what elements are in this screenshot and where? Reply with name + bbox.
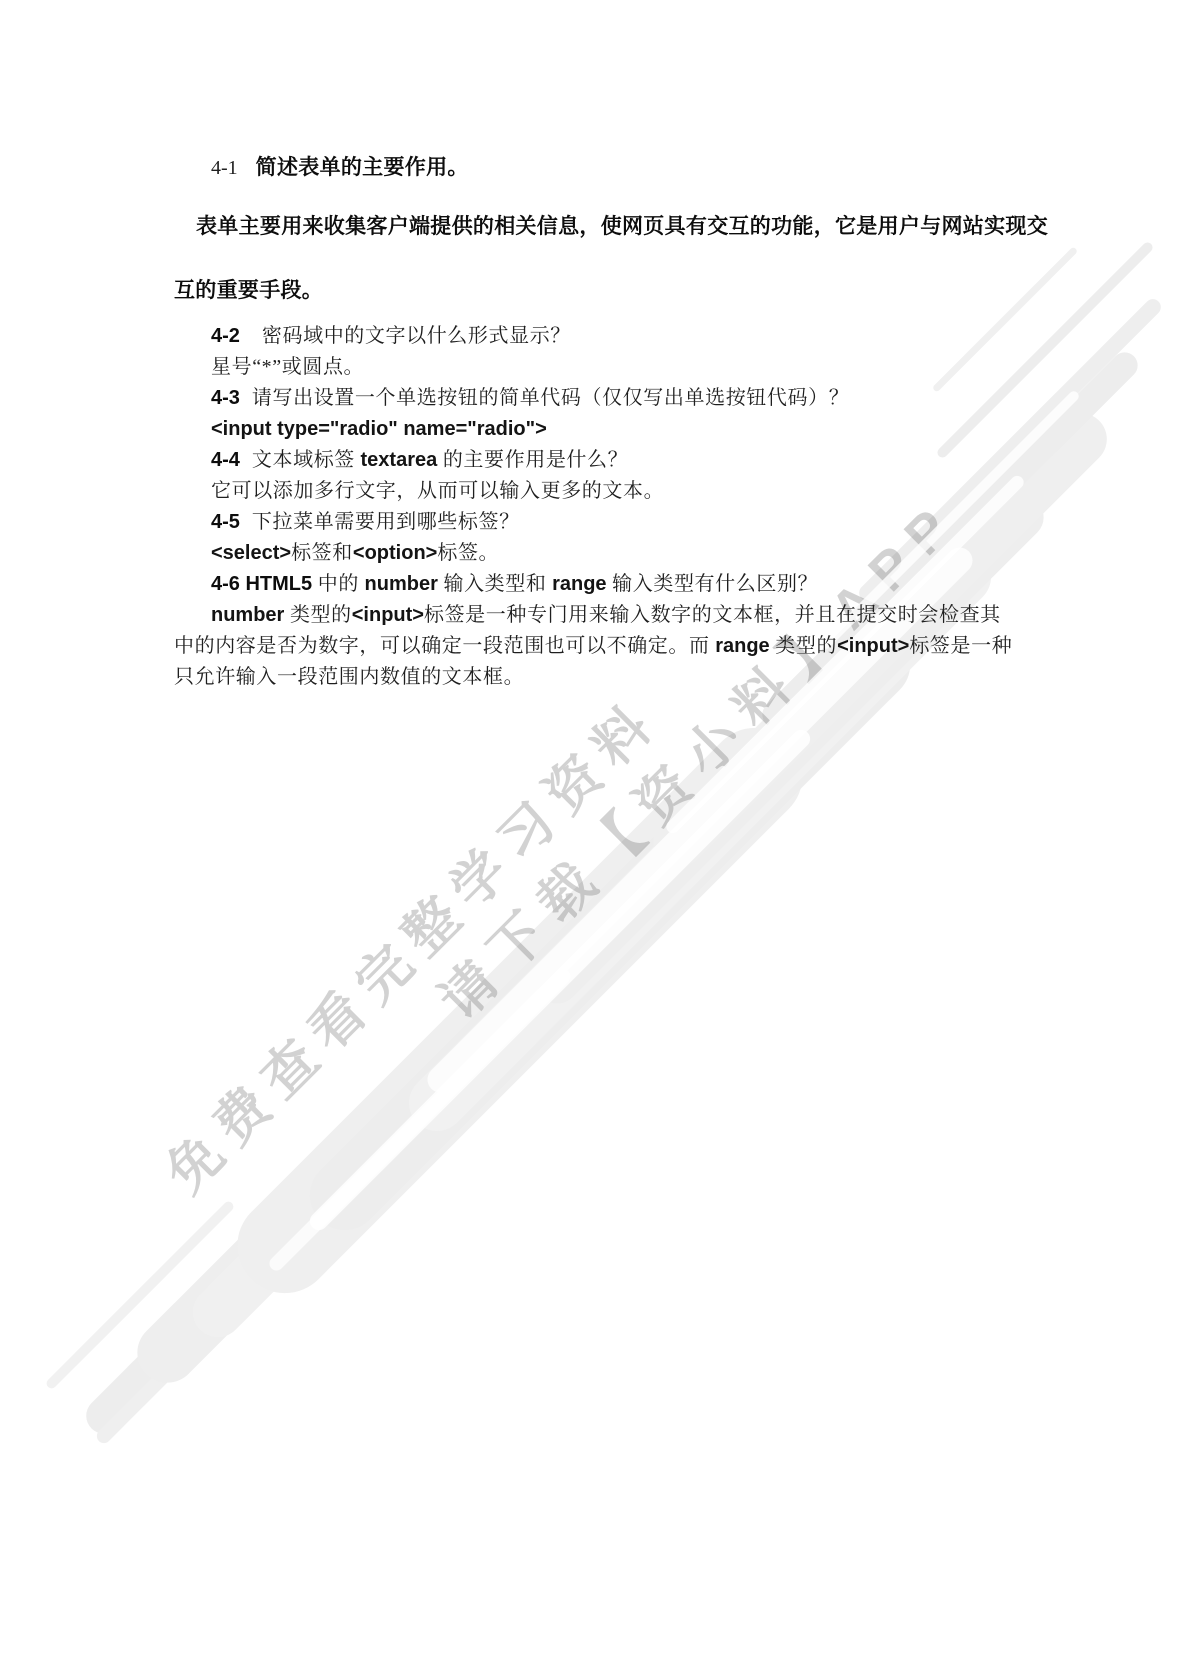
- question-4-6-line: 4-6 HTML5 中的 number 输入类型和 range 输入类型有什么区…: [211, 569, 1179, 600]
- answer-text: 类型的: [284, 604, 351, 626]
- question-text: 文本域标签: [252, 449, 361, 471]
- answer-text: 标签。: [437, 542, 499, 564]
- question-4-1-line: 4-1简述表单的主要作用。: [211, 152, 1179, 183]
- answer-text: 标签和: [291, 542, 353, 564]
- question-4-2-line: 4-2密码域中的文字以什么形式显示？: [211, 321, 1179, 352]
- question-4-5-line: 4-5下拉菜单需要用到哪些标签？: [211, 507, 1179, 538]
- answer-text: 表单主要用来收集客户端提供的相关信息，使网页具有交互的功能，它是用户与网站实现交: [196, 215, 1048, 238]
- answer-4-5-line: <select>标签和<option>标签。: [211, 538, 1179, 569]
- question-text: 密码域中的文字以什么形式显示？: [262, 325, 571, 347]
- answer-4-3-code-line: <input type="radio" name="radio">: [211, 414, 1179, 445]
- answer-text: 类型的: [770, 635, 837, 657]
- code-text: <option>: [353, 542, 437, 564]
- code-text: <input>: [352, 604, 424, 626]
- answer-4-6-line-3: 只允许输入一段范围内数值的文本框。: [174, 662, 1179, 693]
- answer-text: 只允许输入一段范围内数值的文本框。: [174, 666, 524, 688]
- answer-text: 标签是一种: [909, 635, 1012, 657]
- answer-text: 中的内容是否为数字，可以确定一段范围也可以不确定。而: [174, 635, 715, 657]
- code-text: textarea: [361, 449, 438, 471]
- code-text: <select>: [211, 542, 291, 564]
- answer-4-1-line-1: 表单主要用来收集客户端提供的相关信息，使网页具有交互的功能，它是用户与网站实现交: [196, 211, 1179, 242]
- code-text: number: [211, 604, 284, 626]
- answer-4-4-line: 它可以添加多行文字，从而可以输入更多的文本。: [211, 476, 1179, 507]
- answer-text: 星号“*”或圆点。: [211, 356, 364, 378]
- question-text: 输入类型有什么区别？: [607, 573, 819, 595]
- question-text: 中的: [312, 573, 364, 595]
- question-number: 4-3: [211, 387, 240, 409]
- code-text: range: [552, 573, 606, 595]
- question-number: 4-6 HTML5: [211, 573, 312, 595]
- page-content: 4-1简述表单的主要作用。 表单主要用来收集客户端提供的相关信息，使网页具有交互…: [0, 0, 1179, 693]
- question-number: 4-1: [211, 157, 238, 179]
- question-4-4-line: 4-4文本域标签 textarea 的主要作用是什么？: [211, 445, 1179, 476]
- question-number: 4-5: [211, 511, 240, 533]
- question-text: 下拉菜单需要用到哪些标签？: [252, 511, 520, 533]
- code-text: <input type="radio" name="radio">: [211, 418, 547, 440]
- question-text: 输入类型和: [438, 573, 552, 595]
- code-text: number: [365, 573, 438, 595]
- code-text: range: [715, 635, 769, 657]
- question-text: 的主要作用是什么？: [437, 449, 628, 471]
- answer-4-6-line-1: number 类型的<input>标签是一种专门用来输入数字的文本框，并且在提交…: [211, 600, 1179, 631]
- answer-4-1-line-2: 互的重要手段。: [174, 275, 1179, 306]
- code-text: <input>: [837, 635, 909, 657]
- answer-text: 标签是一种专门用来输入数字的文本框，并且在提交时会检查其: [424, 604, 1001, 626]
- question-number: 4-4: [211, 449, 240, 471]
- answer-text: 它可以添加多行文字，从而可以输入更多的文本。: [211, 480, 664, 502]
- question-4-3-line: 4-3请写出设置一个单选按钮的简单代码（仅仅写出单选按钮代码）？: [211, 383, 1179, 414]
- question-text: 简述表单的主要作用。: [256, 156, 469, 179]
- answer-4-6-line-2: 中的内容是否为数字，可以确定一段范围也可以不确定。而 range 类型的<inp…: [174, 631, 1179, 662]
- answer-text: 互的重要手段。: [174, 279, 323, 302]
- question-number: 4-2: [211, 325, 240, 347]
- question-text: 请写出设置一个单选按钮的简单代码（仅仅写出单选按钮代码）？: [252, 387, 849, 409]
- document-page: 免费查看完整学习资料 请下载【资小料】APP 4-1简述表单的主要作用。 表单主…: [0, 0, 1179, 1667]
- answer-4-2-line: 星号“*”或圆点。: [211, 352, 1179, 383]
